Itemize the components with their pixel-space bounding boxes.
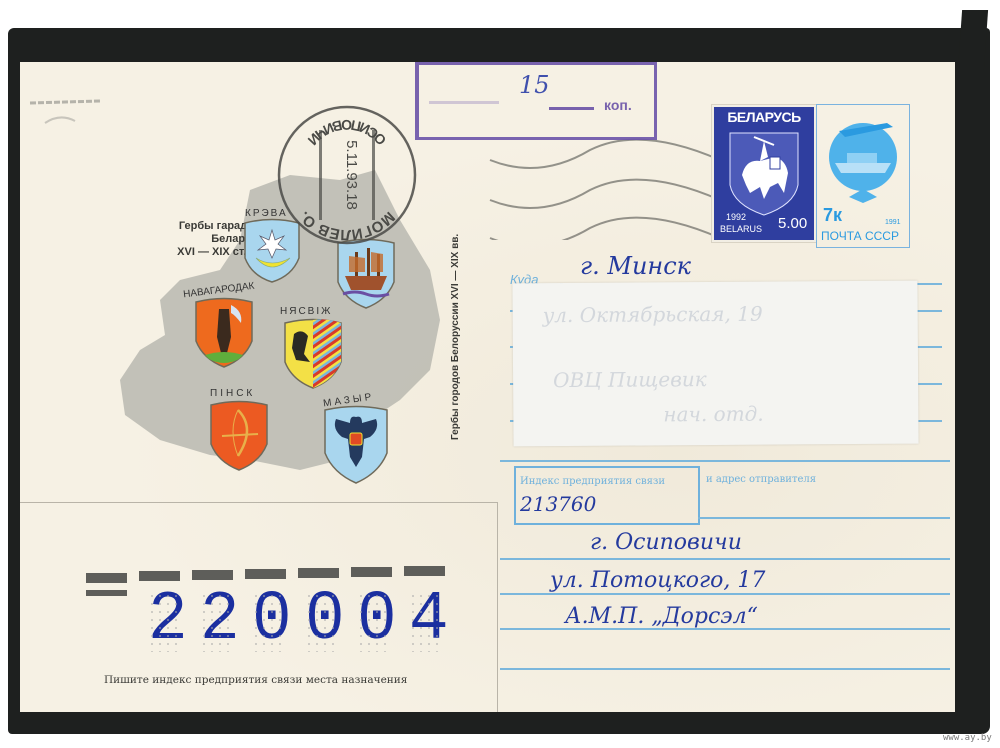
zip-guide-bar: [245, 569, 286, 579]
obscured-text-bar: [429, 101, 499, 104]
sender-index-label: Индекс предприятия связи: [520, 476, 665, 487]
map-title-line-1: Гербы гарадоў: [110, 220, 260, 233]
vertical-divider: [497, 502, 498, 712]
zip-caption: Пишите индекс предприятия связи места на…: [104, 674, 407, 686]
postmark: МОГИЛЕВ О. ОСИПОВИЧИ 5.11.93.18: [272, 100, 422, 250]
faint-postmark-marks: [25, 95, 105, 130]
coat-of-arms-pinsk: [208, 400, 270, 472]
transport-globe-icon: [825, 113, 901, 205]
stamp-belarus: БЕЛАРУСЬ 1992 BELARUS 5.00: [712, 105, 816, 242]
obscured-text: нач. отд.: [663, 402, 763, 427]
pahonia-knight-icon: [724, 127, 804, 217]
backing-card-edge: [958, 10, 988, 70]
stamp-ussr-printed: 7к 1991 ПОЧТА СССР: [816, 104, 910, 248]
coat-of-arms-navagrudak: [193, 297, 255, 369]
covering-label: ул. Октябрьская, 19 ОВЦ Пищевик нач. отд…: [512, 281, 918, 447]
zip-guide-bar: [404, 566, 445, 576]
stamp-ussr-year: 1991: [885, 219, 901, 226]
surcharge-underline: [549, 107, 594, 110]
address-line: [500, 668, 950, 670]
zip-guide-bar: [86, 573, 127, 583]
address-line: [500, 460, 950, 462]
sender-organization: А.М.П. „Дорсэл“: [565, 604, 758, 629]
map-title-line-2: Беларусі: [110, 233, 260, 246]
zip-digit-template: [200, 592, 234, 652]
zip-guide-bar: [298, 568, 339, 578]
obscured-text: ОВЦ Пищевик: [553, 367, 707, 392]
coat-of-arms-mazyr: [322, 405, 390, 485]
city-label-nyasvizh: НЯСВІЖ: [280, 306, 332, 317]
coat-of-arms-nyasvizh: [282, 318, 344, 390]
city-label-pinsk: ПІНСК: [210, 388, 255, 399]
stamp-ussr-value: 7к: [823, 205, 842, 226]
address-line: [500, 558, 950, 560]
sender-city: г. Осиповичи: [590, 530, 742, 555]
zip-guide-bar: [86, 590, 127, 596]
stamp-belarus-title: БЕЛАРУСЬ: [714, 109, 814, 125]
address-line: [500, 593, 950, 595]
sender-street: ул. Потоцкого, 17: [550, 568, 765, 593]
obscured-text: ул. Октябрьская, 19: [543, 302, 763, 328]
zip-guide-bar: [351, 567, 392, 577]
stamp-belarus-value: 5.00: [778, 215, 807, 232]
stamp-belarus-country: BELARUS: [720, 224, 762, 234]
zip-guide-bar: [192, 570, 233, 580]
zip-digit-template: [305, 592, 339, 652]
map-title: Гербы гарадоў Беларусі XVI — XIX ст.ст.: [110, 220, 260, 259]
stamp-belarus-year: 1992: [726, 212, 746, 222]
watermark: www.ay.by: [943, 733, 992, 743]
surcharge-unit: коп.: [604, 97, 632, 113]
sender-index-value: 213760: [520, 492, 596, 516]
svg-text:МОГИЛЕВ О.: МОГИЛЕВ О.: [296, 208, 398, 243]
vertical-caption: Гербы городов Белоруссии XVI — XIX вв.: [450, 250, 464, 440]
surcharge-amount: 15: [519, 71, 550, 99]
zip-digit-template: [252, 592, 286, 652]
address-line: [698, 517, 950, 519]
zip-digit-template: [409, 592, 443, 652]
stamp-ussr-title: ПОЧТА СССР: [821, 229, 899, 243]
map-title-line-3: XVI — XIX ст.ст.: [110, 246, 260, 259]
zip-digit-template: [357, 592, 391, 652]
recipient-city: г. Минск: [580, 252, 691, 280]
svg-text:5.11.93.18: 5.11.93.18: [343, 140, 360, 210]
sender-index-box: Индекс предприятия связи 213760: [514, 466, 700, 525]
surcharge-handstamp: 15 коп.: [415, 62, 657, 140]
sender-address-label: и адрес отправителя: [706, 474, 816, 485]
zip-digit-template: [148, 592, 182, 652]
zip-area-divider: [20, 502, 498, 503]
